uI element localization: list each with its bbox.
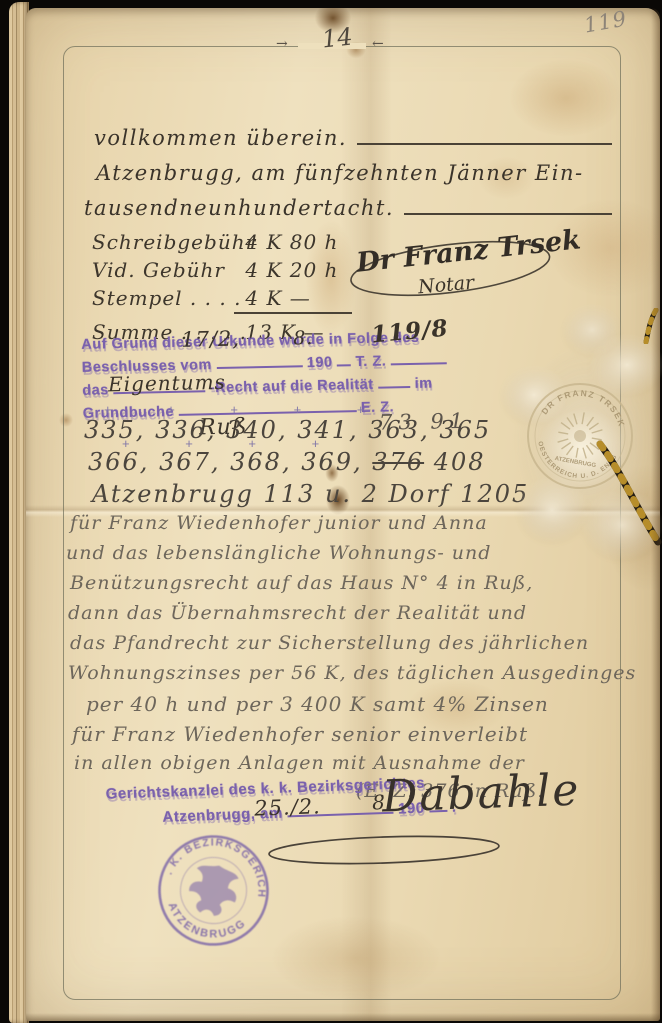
fee-row: Stempel . . . . 4 K — <box>92 286 311 310</box>
numbers: 408 <box>434 448 486 476</box>
double-eagle-icon <box>184 860 243 920</box>
stamp-text: T. Z. <box>355 354 386 371</box>
ink-line-2-text: Atzenbrugg, am fünfzehnten Jänner Ein- <box>96 161 584 185</box>
ink-right-type: Eigentums <box>108 371 226 396</box>
ink-decision-date: 17/2, <box>181 328 240 352</box>
page-bottom-edge-shadow <box>26 1013 660 1021</box>
pencil-cross-marks: + + + + + <box>104 402 390 417</box>
fee-label: Stempel . . . . <box>92 286 238 310</box>
fee-label: Schreibgebühr <box>92 230 238 254</box>
fill-rule <box>357 143 612 145</box>
ink-line-3: tausendneunhundertacht. <box>84 196 612 220</box>
stamp-blank <box>391 349 447 365</box>
ink-line-2: Atzenbrugg, am fünfzehnten Jänner Ein- <box>96 161 584 185</box>
page-number: 14 <box>321 22 354 53</box>
stamp-blank <box>337 351 351 366</box>
stamp-text: das <box>82 382 109 399</box>
clerk-signature: Dabahle <box>381 765 581 823</box>
numbers: 366, 367, 368, 369, <box>88 448 363 476</box>
pencil-line: für Franz Wiedenhofer senior einverleibt <box>72 722 528 746</box>
fee-label: Vid. Gebühr <box>92 258 238 282</box>
fill-rule <box>404 213 612 215</box>
pencil-line: Benützungsrecht auf das Haus N° 4 in Ruß… <box>70 572 533 594</box>
ink-tagebuch-number: 119/8 <box>370 317 449 347</box>
pencil-numbers-row2: 366, 367, 368, 369, 376 408 <box>88 448 486 476</box>
stamp-blank <box>216 352 302 369</box>
fee-row: Vid. Gebühr 4 K 20 h <box>92 258 338 282</box>
stamp-blank <box>378 373 410 389</box>
frame-tick-right: ← <box>372 36 384 52</box>
pencil-line: dann das Übernahmsrecht der Realität und <box>68 602 527 624</box>
struck-number: 376 <box>372 448 424 476</box>
pencil-line: für Franz Wiedenhofer junior und Anna <box>70 512 488 534</box>
ink-line-3-text: tausendneunhundertacht. <box>84 196 394 220</box>
ink-line-1: vollkommen überein. <box>94 126 612 150</box>
fee-amount: 4 K — <box>245 286 310 310</box>
document-page: → ← 14 119 vollkommen überein. Atzenbrug… <box>26 8 660 1021</box>
stempel-underline <box>234 312 352 314</box>
ink-year-digit: 8. <box>293 327 314 350</box>
stamp-text: -Recht auf die Realität <box>210 377 374 396</box>
pencil-line: und das lebenslängliche Wohnungs- und <box>66 542 491 564</box>
stamp-text: 190 <box>307 355 333 372</box>
ink-filing-date: 25./2. <box>254 794 321 821</box>
emboss-arc-top-text: DR FRANZ TRSEK <box>538 381 632 430</box>
ink-line-1-text: vollkommen überein. <box>94 126 347 150</box>
pencil-line: per 40 h und per 3 400 K samt 4% Zinsen <box>86 692 549 716</box>
fee-amount: 4 K 80 h <box>245 230 338 254</box>
pencil-line: Wohnungszinses per 56 K, des täglichen A… <box>68 662 636 684</box>
fee-row: Schreibgebühr 4 K 80 h <box>92 230 338 254</box>
stamp-text: im <box>414 376 432 392</box>
frame-tick-left: → <box>276 36 288 52</box>
emboss-center-text: ATZENBRUGG <box>554 456 597 469</box>
folio-number-pencil: 119 <box>582 6 629 37</box>
svg-text:DR FRANZ TRSEK: DR FRANZ TRSEK <box>538 381 632 430</box>
clerk-signature-flourish <box>264 830 508 872</box>
page-right-edge-shadow <box>651 8 660 1021</box>
pencil-numbers-row3: Atzenbrugg 113 u. 2 Dorf 1205 <box>92 480 529 508</box>
fee-amount: 4 K 20 h <box>245 258 338 282</box>
pencil-line: das Pfandrecht zur Sicherstellung des jä… <box>70 632 589 654</box>
